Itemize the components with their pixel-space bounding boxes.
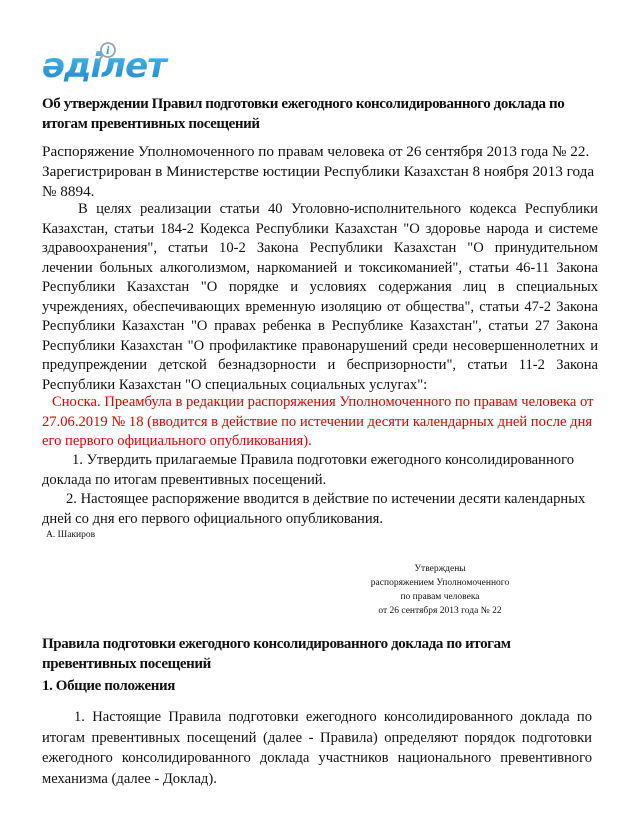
document-meta: Распоряжение Уполномоченного по правам ч… — [42, 142, 602, 202]
adilet-logo-icon: әділет i — [42, 38, 182, 88]
approval-line: по правам человека — [340, 590, 540, 604]
adilet-logo[interactable]: әділет i — [42, 38, 182, 88]
approval-line: распоряжением Уполномоченного — [340, 576, 540, 590]
rules-title: Правила подготовки ежегодного консолидир… — [42, 634, 602, 674]
preamble-paragraph: В целях реализации статьи 40 Уголовно-ис… — [42, 200, 598, 395]
section-title-general: 1. Общие положения — [42, 676, 175, 696]
svg-text:i: i — [106, 46, 110, 57]
approval-line: Утверждены — [340, 562, 540, 576]
rules-paragraph-1: 1. Настоящие Правила подготовки ежегодно… — [42, 707, 592, 789]
order-item-1: 1. Утвердить прилагаемые Правила подгото… — [42, 451, 602, 490]
order-item-2: 2. Настоящее распоряжение вводится в дей… — [42, 490, 602, 529]
approval-stamp: Утверждены распоряжением Уполномоченного… — [340, 562, 540, 618]
footnote-paragraph: Сноска. Преамбула в редакции распоряжени… — [42, 393, 602, 452]
document-title: Об утверждении Правил подготовки ежегодн… — [42, 94, 602, 134]
signature: А. Шакиров — [46, 529, 95, 541]
approval-line: от 26 сентября 2013 года № 22 — [340, 604, 540, 618]
